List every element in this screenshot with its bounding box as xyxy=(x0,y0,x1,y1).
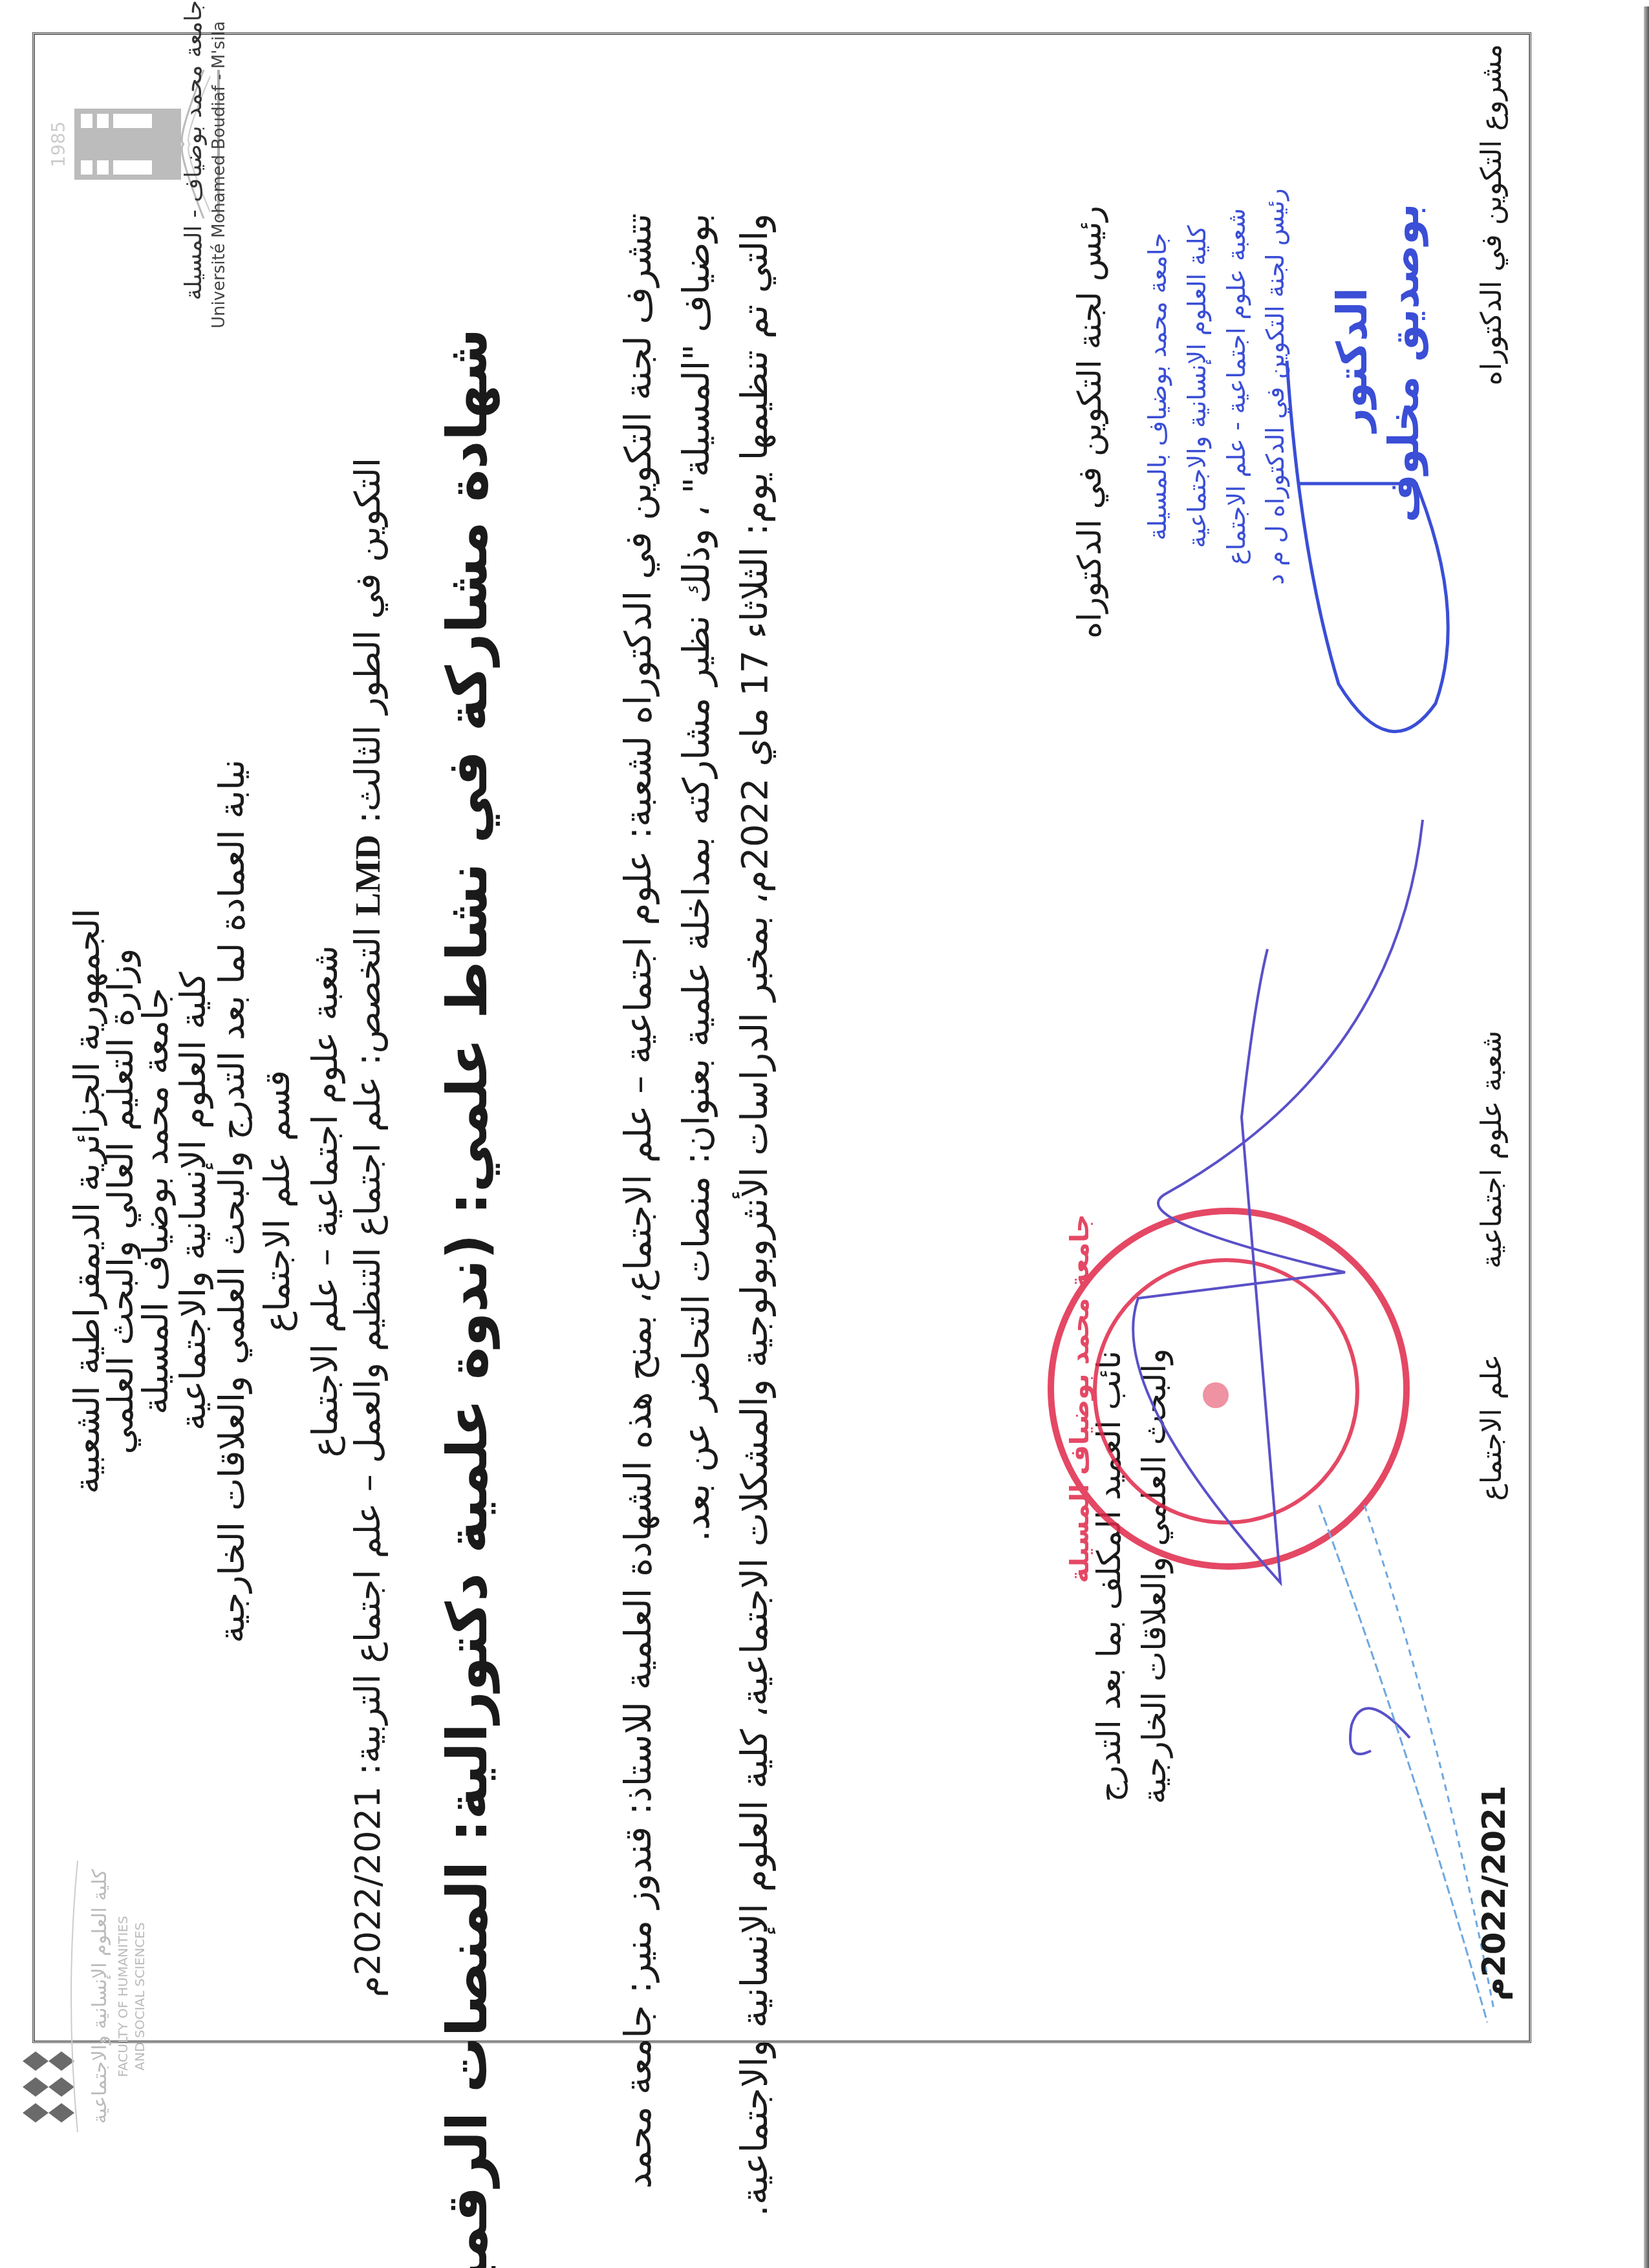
faculty-emblem-icon xyxy=(13,1854,84,2139)
header-ministry: وزارة التعليم العالي والبحث العلمي xyxy=(103,846,138,1557)
training-label: التكوين في الطور الثالث: xyxy=(347,458,388,824)
footer-doctoral-project: مشروع التكوين في الدكتوراه xyxy=(1478,44,1506,328)
footer-branch: شعبة علوم اجتماعية xyxy=(1478,988,1506,1311)
signature-loop-right xyxy=(1261,328,1468,781)
light-blue-stamp-text xyxy=(1293,1492,1500,2074)
body-line-2: بوضياف "المسيلة" ، وذلك نظير مشاركته بمد… xyxy=(679,213,715,1541)
blue-stamp-line: شعبة علوم اجتماعية - علم الاجتماع xyxy=(1217,160,1256,613)
certificate-title: شهادة مشاركة في نشاط علمي: (ندوة علمية د… xyxy=(440,328,495,1945)
body-line-1: تتشرف لجنة التكوين في الدكتوراه لشعبة: ع… xyxy=(621,213,657,2189)
specialty-text: التخصص: علم اجتماع التنظيم والعمل – علم … xyxy=(347,927,388,1997)
header-department: قسم علم الاجتماع xyxy=(260,846,295,1557)
university-arabic-name: جامعة محمد بوضياف - المسيلة xyxy=(182,0,206,272)
university-french-name: Université Mohamed Boudiaf - M'sila xyxy=(211,57,228,328)
header-republic: الجمهورية الجزائرية الديمقراطية الشعبية xyxy=(70,846,105,1557)
header-training-specialty: التكوين في الطور الثالث: LMD التخصص: علم… xyxy=(350,458,385,1815)
blue-stamp-line: كلية العلوم الإنسانية والاجتماعية xyxy=(1178,160,1217,613)
header-faculty: كلية العلوم الإنسانية والاجتماعية xyxy=(176,846,211,1557)
lmd-label: LMD xyxy=(349,835,387,916)
certificate-page: 1985 جامعة محمد بوضياف - المسيلة Univers… xyxy=(0,0,1649,2268)
faculty-arabic-name: كلية العلوم الإنسانية والاجتماعية xyxy=(91,1854,110,2139)
faculty-logo xyxy=(13,1854,84,2139)
header-university: جامعة محمد بوضياف المسيلة xyxy=(138,846,173,1557)
signature-title-right: رئيس لجنة التكوين في الدكتوراه xyxy=(1073,147,1106,697)
svg-text:1985: 1985 xyxy=(48,121,69,167)
blue-stamp-line: جامعة محمد بوضياف بالمسيلة xyxy=(1138,160,1178,613)
footer-academic-year: 2022/2021م xyxy=(1478,1777,1510,2009)
footer-department: علم الاجتماع xyxy=(1478,1331,1506,1524)
body-line-3: والتي تم تنظيمها يوم: الثلاثاء 17 ماي 20… xyxy=(737,213,773,2216)
header-vice-deanship: نيابة العمادة لما بعد التدرج والبحث العل… xyxy=(215,716,250,1686)
faculty-english-name-1: FACULTY OF HUMANITIES xyxy=(116,1854,129,2139)
header-branch: شعبة علوم اجتماعية – علم الاجتماع xyxy=(308,846,343,1557)
faculty-english-name-2: AND SOCIAL SCIENCES xyxy=(133,1854,146,2139)
